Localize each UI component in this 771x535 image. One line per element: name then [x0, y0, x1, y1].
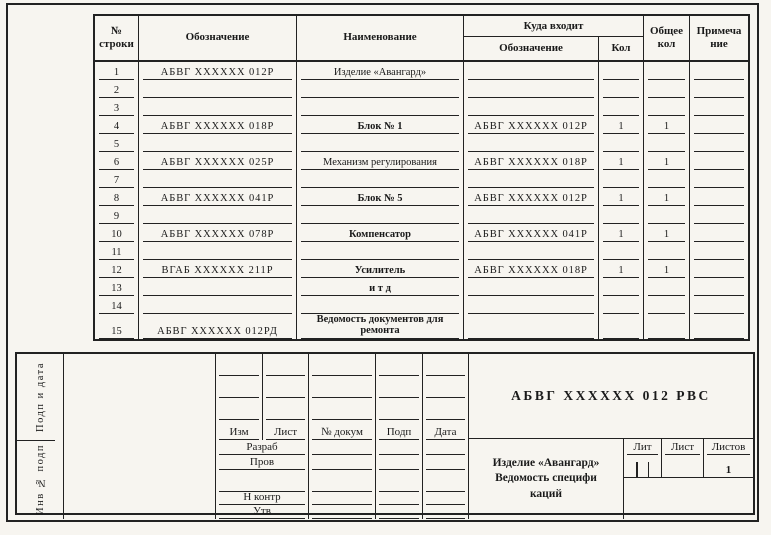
cell-text: 1	[99, 67, 134, 80]
cell-text: 1	[603, 265, 639, 278]
designation-cell	[139, 296, 297, 314]
change-header-cell: Лист	[263, 420, 309, 440]
where-used-designation-cell	[464, 62, 599, 80]
total-qty-cell: 1	[644, 116, 690, 134]
cell-text: 1	[648, 157, 685, 170]
change-header-cell: Подп	[376, 420, 423, 440]
qty-cell	[599, 206, 644, 224]
name-cell: Компенсатор	[297, 224, 464, 242]
revision-blank-cell	[376, 398, 423, 420]
total-qty-cell	[644, 242, 690, 260]
designation-cell	[139, 80, 297, 98]
where-used-designation-cell: АБВГ ХХХХХХ 018Р	[464, 152, 599, 170]
cell-text: Дата	[426, 426, 465, 440]
signature-date-cell	[423, 440, 468, 455]
sheets-label-cell: Листов	[704, 439, 753, 455]
cell-text: 1	[648, 193, 685, 206]
cell-text: Изделие «Авангард»	[301, 67, 459, 80]
header-note: Примеча ние	[690, 16, 748, 60]
name-cell: Механизм регулирования	[297, 152, 464, 170]
qty-cell	[599, 134, 644, 152]
revision-blank-cell	[376, 376, 423, 398]
row-number-cell: 14	[95, 296, 139, 314]
note-cell	[690, 170, 748, 188]
header-designation: Обозначение	[139, 16, 297, 60]
title-block: Подп и дата Инв № подп ИзмЛист№ докумПод…	[15, 352, 755, 515]
cell-text: Изм	[219, 426, 259, 440]
signature-role-cell: Н контр	[216, 492, 309, 505]
label-podp-i-data: Подп и дата	[35, 362, 46, 432]
signature-podp-cell	[376, 440, 423, 455]
signature-doc-cell	[309, 505, 376, 519]
change-header-cell: № докум	[309, 420, 376, 440]
title-block-right: АБВГ ХХХХХХ 012 РВС Изделие «Авангард»Ве…	[469, 354, 753, 519]
designation-cell: АБВГ ХХХХХХ 025Р	[139, 152, 297, 170]
cell-text: 13	[99, 283, 134, 296]
total-qty-cell	[644, 170, 690, 188]
title-block-empty-area	[64, 354, 216, 519]
cell-text: 2	[99, 85, 134, 98]
row-number-cell: 5	[95, 134, 139, 152]
cell-text	[468, 338, 594, 339]
signature-date-cell	[423, 505, 468, 519]
where-used-designation-cell	[464, 98, 599, 116]
total-qty-cell	[644, 206, 690, 224]
cell-text: Пров	[219, 456, 305, 470]
row-number-cell: 6	[95, 152, 139, 170]
note-cell	[690, 278, 748, 296]
row-number-cell: 2	[95, 80, 139, 98]
signature-doc-cell	[309, 455, 376, 470]
cell-text: 4	[99, 121, 134, 134]
document-title-line: Изделие «Авангард»	[493, 456, 600, 472]
qty-cell	[599, 62, 644, 80]
qty-cell: 1	[599, 188, 644, 206]
signature-doc-cell	[309, 492, 376, 505]
name-cell	[297, 134, 464, 152]
where-used-designation-cell	[464, 206, 599, 224]
where-used-designation-cell	[464, 170, 599, 188]
lit-label-cell: Лит	[624, 439, 662, 455]
cell-text: АБВГ ХХХХХХ 018Р	[468, 265, 594, 278]
header-name: Наименование	[297, 16, 464, 60]
cell-text: 14	[99, 301, 134, 314]
document-title: Изделие «Авангард»Ведомость спецификаций	[469, 439, 623, 519]
cell-text: Утв	[219, 505, 305, 519]
cell-text	[694, 338, 744, 339]
designation-cell: АБВГ ХХХХХХ 041Р	[139, 188, 297, 206]
name-cell	[297, 206, 464, 224]
cell-text: АБВГ ХХХХХХ 025Р	[143, 157, 292, 170]
note-cell	[690, 152, 748, 170]
cell-text: Компенсатор	[301, 229, 459, 242]
where-used-designation-cell	[464, 278, 599, 296]
header-qty: Кол	[599, 37, 643, 60]
row-number-cell: 13	[95, 278, 139, 296]
spec-table-body: 1АБВГ ХХХХХХ 012РИзделие «Авангард»234АБ…	[95, 62, 748, 339]
cell-text: 3	[99, 103, 134, 116]
cell-text: Блок № 1	[301, 121, 459, 134]
note-cell	[690, 62, 748, 80]
cell-text	[312, 518, 372, 519]
cell-text: 1	[648, 229, 685, 242]
sheet-label-cell: Лист	[662, 439, 704, 455]
cell-text: 7	[99, 175, 134, 188]
designation-cell: АБВГ ХХХХХХ 018Р	[139, 116, 297, 134]
note-cell	[690, 98, 748, 116]
signature-date-cell	[423, 455, 468, 470]
cell-text: Листов	[707, 441, 750, 455]
header-where-used: Куда входит	[464, 16, 643, 37]
name-cell	[297, 80, 464, 98]
left-margin-strip: Подп и дата Инв № подп	[17, 354, 64, 519]
cell-text: Н контр	[219, 492, 305, 505]
revision-blank-cell	[309, 398, 376, 420]
revision-blank-cell	[423, 398, 468, 420]
cell-text: 9	[99, 211, 134, 224]
cell-text: Ведомость документов для ремонта	[301, 314, 459, 339]
revision-blank-cell	[309, 376, 376, 398]
cell-text: 1	[648, 121, 685, 134]
spec-table: № строки Обозначение Наименование Куда в…	[93, 14, 750, 341]
cell-text: Разраб	[219, 441, 305, 455]
cell-text	[603, 338, 639, 339]
document-number: АБВГ ХХХХХХ 012 РВС	[469, 354, 753, 439]
total-qty-cell	[644, 80, 690, 98]
cell-text: 11	[99, 247, 134, 260]
qty-cell: 1	[599, 116, 644, 134]
cell-text: 1	[648, 265, 685, 278]
header-row-no: № строки	[95, 16, 139, 60]
qty-cell	[599, 242, 644, 260]
designation-cell	[139, 98, 297, 116]
cell-text: № докум	[312, 426, 372, 440]
note-cell	[690, 80, 748, 98]
cell-text: АБВГ ХХХХХХ 041Р	[468, 229, 594, 242]
header-where-used-sub: Обозначение Кол	[464, 37, 643, 60]
designation-cell: АБВГ ХХХХХХ 012Р	[139, 62, 297, 80]
qty-cell	[599, 98, 644, 116]
lit-divider-tick	[636, 462, 638, 477]
qty-cell	[599, 80, 644, 98]
name-cell	[297, 242, 464, 260]
cell-text: 1	[603, 193, 639, 206]
designation-cell	[139, 170, 297, 188]
qty-cell: 1	[599, 224, 644, 242]
lit-grid-blank	[624, 478, 753, 519]
lit-value-cell	[624, 455, 662, 478]
strip-cell-podp-data: Подп и дата	[17, 354, 63, 440]
where-used-designation-cell	[464, 80, 599, 98]
header-total-qty: Общее кол	[644, 16, 690, 60]
row-number-cell: 9	[95, 206, 139, 224]
note-cell	[690, 134, 748, 152]
signature-role-cell: Утв	[216, 505, 309, 519]
sheet-value-cell	[662, 455, 704, 478]
total-qty-cell	[644, 296, 690, 314]
cell-text: 12	[99, 265, 134, 278]
note-cell	[690, 260, 748, 278]
cell-text: АБВГ ХХХХХХ 078Р	[143, 229, 292, 242]
cell-text: АБВГ ХХХХХХ 018Р	[143, 121, 292, 134]
cell-text: Усилитель	[301, 265, 459, 278]
signature-podp-cell	[376, 470, 423, 492]
designation-cell	[139, 134, 297, 152]
row-number-cell: 8	[95, 188, 139, 206]
qty-cell: 1	[599, 152, 644, 170]
name-cell: и т д	[297, 278, 464, 296]
cell-text: АБВГ ХХХХХХ 012РД	[143, 326, 292, 339]
cell-text: Лист	[266, 426, 305, 440]
where-used-designation-cell: АБВГ ХХХХХХ 012Р	[464, 188, 599, 206]
signature-date-cell	[423, 492, 468, 505]
designation-cell: ВГАБ ХХХХХХ 211Р	[139, 260, 297, 278]
cell-text: 1	[603, 157, 639, 170]
where-used-designation-cell	[464, 296, 599, 314]
cell-text: Лит	[627, 441, 658, 455]
revision-blank-cell	[423, 376, 468, 398]
name-cell: Блок № 5	[297, 188, 464, 206]
cell-text: АБВГ ХХХХХХ 041Р	[143, 193, 292, 206]
revision-blank-cell	[263, 354, 309, 376]
name-cell	[297, 296, 464, 314]
cell-text	[379, 518, 419, 519]
spec-table-header: № строки Обозначение Наименование Куда в…	[95, 16, 748, 62]
designation-cell: АБВГ ХХХХХХ 012РД	[139, 314, 297, 339]
cell-text: АБВГ ХХХХХХ 018Р	[468, 157, 594, 170]
designation-cell	[139, 206, 297, 224]
cell-text: 10	[99, 229, 134, 242]
cell-text: АБВГ ХХХХХХ 012Р	[468, 193, 594, 206]
strip-cell-inv-podp: Инв № подп	[17, 440, 63, 519]
name-cell: Ведомость документов для ремонта	[297, 314, 464, 339]
qty-cell: 1	[599, 260, 644, 278]
where-used-designation-cell	[464, 242, 599, 260]
cell-text: АБВГ ХХХХХХ 012Р	[468, 121, 594, 134]
cell-text	[648, 338, 685, 339]
qty-cell	[599, 314, 644, 339]
total-qty-cell: 1	[644, 152, 690, 170]
cell-text: 8	[99, 193, 134, 206]
cell-text: 5	[99, 139, 134, 152]
document-title-line: Ведомость специфи	[495, 471, 597, 487]
cell-text: Механизм регулирования	[301, 157, 459, 170]
header-where-used-group: Куда входит Обозначение Кол	[464, 16, 644, 60]
row-number-cell: 4	[95, 116, 139, 134]
designation-cell: АБВГ ХХХХХХ 078Р	[139, 224, 297, 242]
qty-cell	[599, 296, 644, 314]
cell-text: 1	[603, 121, 639, 134]
revision-blank-cell	[309, 354, 376, 376]
cell-text: ВГАБ ХХХХХХ 211Р	[143, 265, 292, 278]
name-cell: Блок № 1	[297, 116, 464, 134]
total-qty-cell	[644, 278, 690, 296]
signature-doc-cell	[309, 440, 376, 455]
total-qty-cell	[644, 134, 690, 152]
row-number-cell: 11	[95, 242, 139, 260]
row-number-cell: 1	[95, 62, 139, 80]
name-cell: Усилитель	[297, 260, 464, 278]
designation-cell	[139, 278, 297, 296]
revision-blank-cell	[376, 354, 423, 376]
label-inv-no-podp: Инв № подп	[35, 444, 46, 515]
sheets-count: 1	[726, 464, 732, 477]
where-used-designation-cell: АБВГ ХХХХХХ 018Р	[464, 260, 599, 278]
change-header-cell: Изм	[216, 420, 263, 440]
total-qty-cell: 1	[644, 224, 690, 242]
qty-cell	[599, 278, 644, 296]
signature-podp-cell	[376, 505, 423, 519]
cell-text: Подп	[379, 426, 419, 440]
note-cell	[690, 116, 748, 134]
total-qty-cell	[644, 98, 690, 116]
note-cell	[690, 296, 748, 314]
total-qty-cell: 1	[644, 188, 690, 206]
where-used-designation-cell: АБВГ ХХХХХХ 012Р	[464, 116, 599, 134]
title-block-bottom: Изделие «Авангард»Ведомость спецификаций…	[469, 439, 753, 519]
cell-text: и т д	[301, 283, 459, 296]
row-number-cell: 10	[95, 224, 139, 242]
name-cell: Изделие «Авангард»	[297, 62, 464, 80]
cell-text: 15	[99, 326, 134, 339]
header-where-designation: Обозначение	[464, 37, 599, 60]
signature-podp-cell	[376, 492, 423, 505]
note-cell	[690, 242, 748, 260]
lit-grid: Лит Лист Листов 1	[623, 439, 753, 519]
where-used-designation-cell	[464, 134, 599, 152]
signature-doc-cell	[309, 470, 376, 492]
row-number-cell: 15	[95, 314, 139, 339]
signature-role-cell: Пров	[216, 455, 309, 470]
signature-role-cell: Разраб	[216, 440, 309, 455]
row-number-cell: 12	[95, 260, 139, 278]
revision-blank-cell	[263, 376, 309, 398]
signature-role-cell	[216, 470, 309, 492]
change-record-table: ИзмЛист№ докумПодпДатаРазрабПровН контрУ…	[216, 354, 469, 519]
document-title-line: каций	[530, 487, 562, 503]
signature-date-cell	[423, 470, 468, 492]
designation-cell	[139, 242, 297, 260]
revision-blank-cell	[216, 376, 263, 398]
cell-text: Лист	[665, 441, 700, 455]
cell-text	[426, 518, 465, 519]
name-cell	[297, 98, 464, 116]
cell-text: Блок № 5	[301, 193, 459, 206]
cell-text: АБВГ ХХХХХХ 012Р	[143, 67, 292, 80]
revision-blank-cell	[423, 354, 468, 376]
note-cell	[690, 188, 748, 206]
signature-podp-cell	[376, 455, 423, 470]
lit-divider-tick	[648, 462, 650, 477]
qty-cell	[599, 170, 644, 188]
note-cell	[690, 206, 748, 224]
cell-text: 6	[99, 157, 134, 170]
note-cell	[690, 224, 748, 242]
row-number-cell: 7	[95, 170, 139, 188]
sheets-value-cell: 1	[704, 455, 753, 478]
revision-blank-cell	[216, 398, 263, 420]
change-header-cell: Дата	[423, 420, 468, 440]
total-qty-cell: 1	[644, 260, 690, 278]
name-cell	[297, 170, 464, 188]
total-qty-cell	[644, 62, 690, 80]
where-used-designation-cell	[464, 314, 599, 339]
row-number-cell: 3	[95, 98, 139, 116]
revision-blank-cell	[216, 354, 263, 376]
note-cell	[690, 314, 748, 339]
where-used-designation-cell: АБВГ ХХХХХХ 041Р	[464, 224, 599, 242]
revision-blank-cell	[263, 398, 309, 420]
total-qty-cell	[644, 314, 690, 339]
cell-text: 1	[603, 229, 639, 242]
